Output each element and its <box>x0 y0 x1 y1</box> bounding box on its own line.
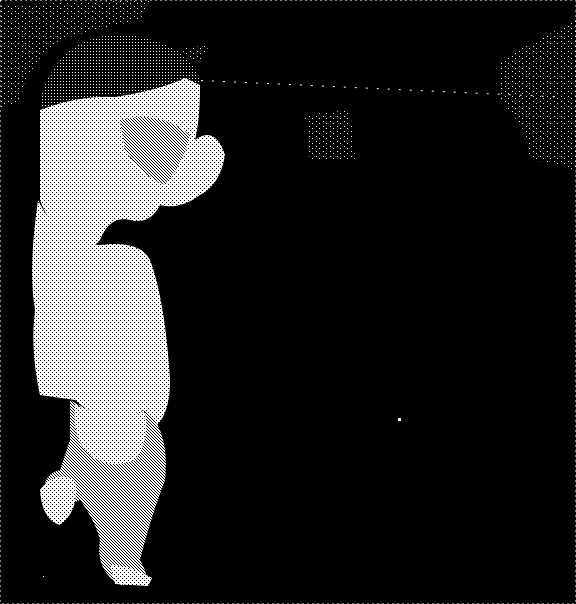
photo-frame: Black-and-white dithered photograph of a… <box>0 0 576 604</box>
photo <box>0 0 576 604</box>
